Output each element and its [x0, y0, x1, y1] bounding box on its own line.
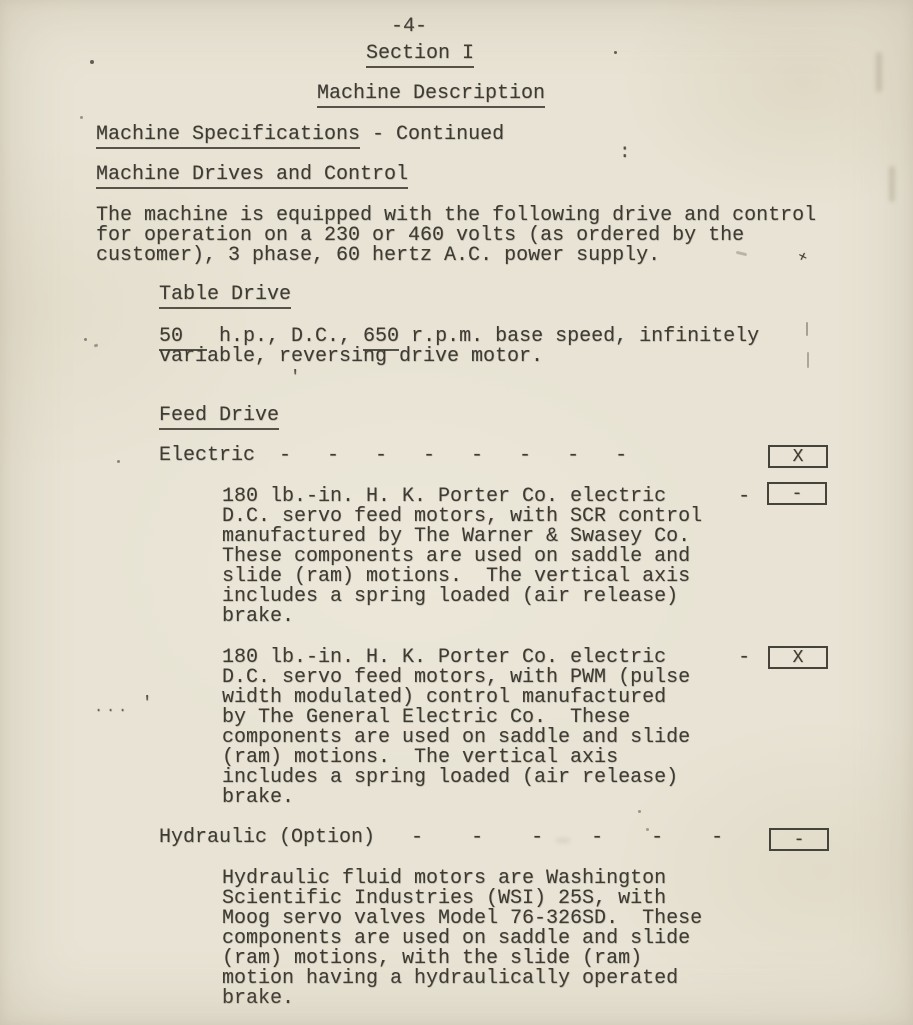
paper-smudge [876, 52, 882, 92]
paper-smudge [556, 838, 570, 843]
feed-drive-heading: Feed Drive [159, 406, 279, 426]
machine-specifications-underlined: Machine Specifications [96, 123, 360, 149]
pwm-checkbox: X [768, 646, 828, 669]
document-title-text: Machine Description [317, 82, 545, 108]
scan-artifact-dots: ... [94, 698, 130, 718]
table-drive-heading: Table Drive [159, 285, 291, 305]
feed-drive-heading-text: Feed Drive [159, 404, 279, 430]
electric-option-label: Electric [159, 444, 255, 467]
scr-checkbox: - [767, 482, 827, 505]
ink-speck [117, 460, 120, 463]
machine-specifications-heading: Machine Specifications - Continued [96, 125, 504, 145]
hydraulic-option-dashes: - - - - - - [375, 826, 723, 849]
hydraulic-checkbox: - [769, 828, 829, 851]
ink-speck [80, 116, 83, 119]
electric-option-dashes: - - - - - - - - [255, 444, 627, 467]
ink-speck [638, 810, 641, 813]
pwm-checkbox-mark: X [793, 649, 804, 667]
paper-smudge [889, 166, 895, 202]
scanned-document-page: -4- Section I Machine Description Machin… [0, 0, 913, 1025]
intro-paragraph: The machine is equipped with the followi… [96, 206, 816, 266]
scr-checkbox-mark: - [792, 485, 803, 503]
hydraulic-option-row: Hydraulic (Option) - - - - - - [159, 828, 723, 848]
pwm-motor-paragraph: 180 lb.-in. H. K. Porter Co. electric - … [222, 648, 750, 808]
machine-specifications-continued: - Continued [360, 123, 504, 146]
ink-speck [84, 338, 87, 341]
scan-artifact-colon: : [619, 142, 630, 162]
ink-tick-mark [807, 352, 809, 368]
scan-artifact-quote: ' [142, 694, 152, 714]
scr-motor-paragraph: 180 lb.-in. H. K. Porter Co. electric - … [222, 487, 750, 627]
scan-artifact-quote: ' [290, 368, 300, 388]
hydraulic-option-label: Hydraulic (Option) [159, 826, 375, 849]
ink-tick-mark [806, 322, 808, 336]
table-drive-heading-text: Table Drive [159, 283, 291, 309]
hydraulic-motor-paragraph: Hydraulic fluid motors are Washington Sc… [222, 869, 702, 1009]
hydraulic-checkbox-mark: - [794, 831, 805, 849]
machine-drives-heading-text: Machine Drives and Control [96, 163, 408, 189]
ink-speck [646, 828, 649, 831]
ink-speck [90, 60, 94, 64]
document-title: Machine Description [317, 84, 545, 104]
page-number: -4- [391, 17, 427, 37]
machine-drives-heading: Machine Drives and Control [96, 165, 408, 185]
electric-option-row: Electric - - - - - - - - [159, 446, 627, 466]
table-drive-spec-line2: variable, reversing drive motor. [159, 347, 759, 367]
section-heading: Section I [366, 44, 474, 64]
ink-speck [614, 51, 617, 54]
section-heading-text: Section I [366, 42, 474, 68]
electric-checkbox-mark: X [793, 448, 804, 466]
electric-checkbox: X [768, 445, 828, 468]
table-drive-spec: 50 h.p., D.C., 650 r.p.m. base speed, in… [159, 327, 759, 367]
ink-speck [94, 343, 99, 347]
